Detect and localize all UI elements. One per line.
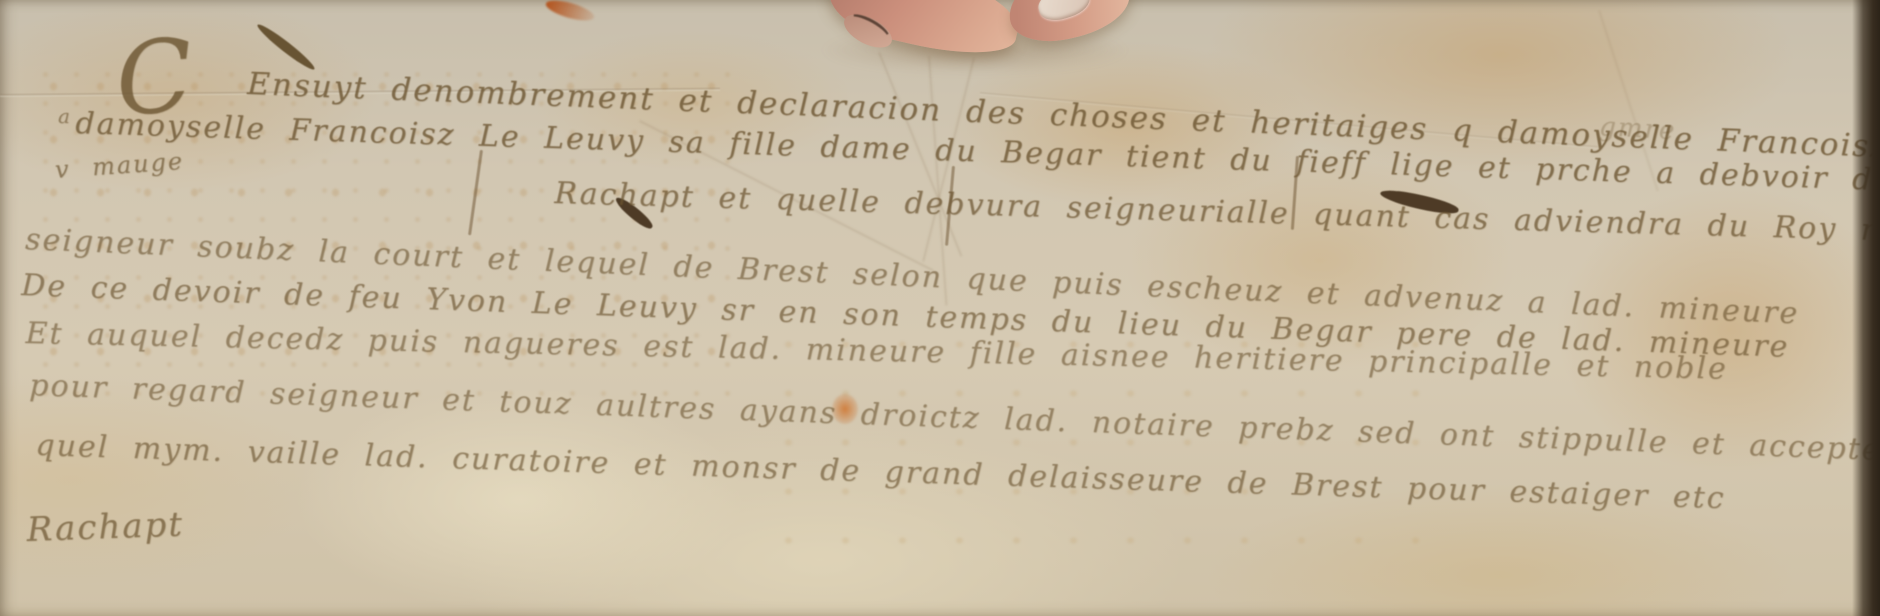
- manuscript-bottom-word: Rachapt: [26, 505, 185, 550]
- manuscript-photo: C Ensuyt denombrement et declaracion des…: [0, 0, 1880, 616]
- manuscript-faint-scribble: gmre: [1598, 112, 1677, 146]
- margin-note: a: [58, 104, 72, 128]
- red-streak-mark: [544, 0, 596, 25]
- dark-backing-edge: [1852, 0, 1880, 616]
